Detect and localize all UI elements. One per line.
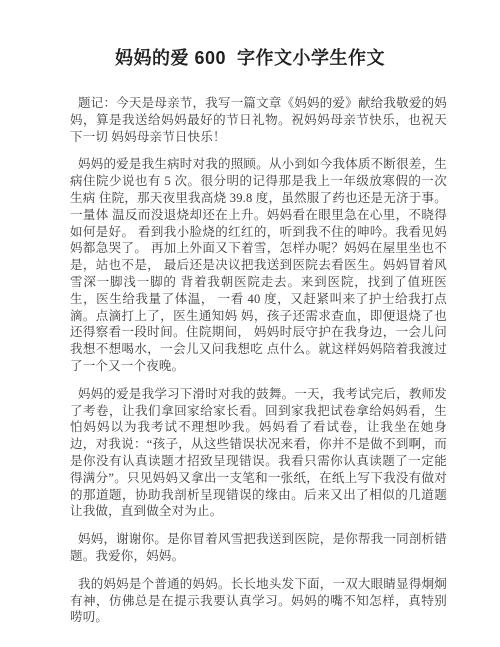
document-body: 题记：今天是母亲节，我写一篇文章《妈妈的爱》献给我敬爱的妈妈，算是我送给妈妈最好… [70, 95, 447, 626]
paragraph-thanks: 妈妈，谢谢你。是你冒着风雪把我送到医院，是你帮我一同剖析错题。我爱你，妈妈。 [70, 531, 447, 565]
paragraph-illness-care: 妈妈的爱是我生病时对我的照顾。从小到如今我体质不断很差，生病住院少说也有 5 次… [70, 156, 447, 374]
document-page: 妈妈的爱 600 字作文小学生作文 题记：今天是母亲节，我写一篇文章《妈妈的爱》… [0, 0, 500, 647]
paragraph-mother-description: 我的妈妈是个普通的妈妈。长长地头发下面，一双大眼睛显得炯炯有神，仿佛总是在提示我… [70, 576, 447, 626]
paragraph-preface: 题记：今天是母亲节，我写一篇文章《妈妈的爱》献给我敬爱的妈妈，算是我送给妈妈最好… [70, 95, 447, 145]
document-title: 妈妈的爱 600 字作文小学生作文 [10, 44, 490, 70]
paragraph-study-encouragement: 妈妈的爱是我学习下滑时对我的鼓舞。一天，我考试完后，教师发了考卷，让我们拿回家给… [70, 386, 447, 520]
